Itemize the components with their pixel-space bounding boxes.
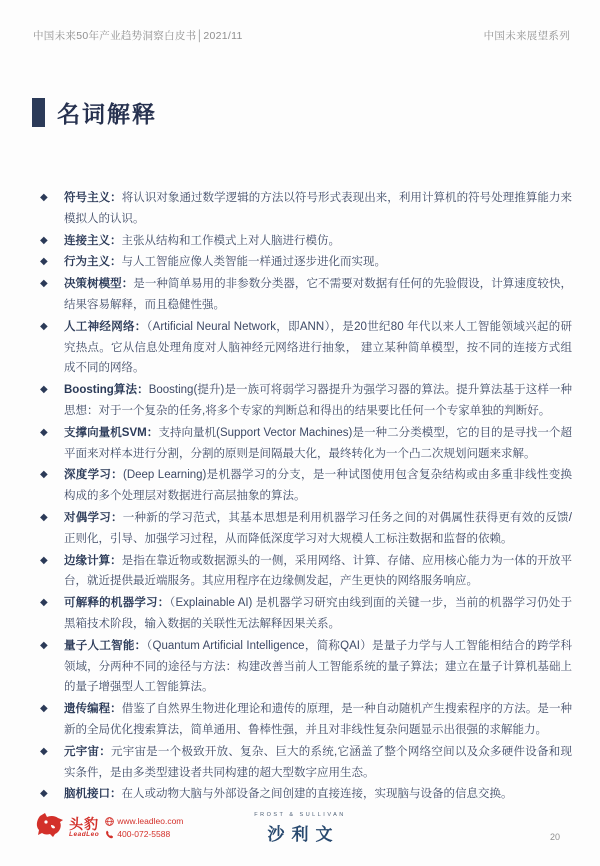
diamond-bullet-icon: ◆ (40, 188, 48, 209)
diamond-bullet-icon: ◆ (40, 593, 48, 614)
glossary-term: 边缘计算： (64, 555, 122, 567)
glossary-definition: 是一种简单易用的非参数分类器，它不需要对数据有任何的先验假设，计算速度较快，结果… (64, 278, 572, 311)
glossary-item: ◆可解释的机器学习：（Explainable AI) 是机器学习研究由线到面的关… (40, 593, 572, 635)
glossary-item: ◆边缘计算：是指在靠近物或数据源头的一侧，采用网络、计算、存储、应用核心能力为一… (40, 551, 572, 593)
glossary-item: ◆Boosting算法：Boosting(提升)是一族可将弱学习器提升为强学习器… (40, 380, 572, 422)
diamond-bullet-icon: ◆ (40, 380, 48, 401)
leadleo-contact: www.leadleo.com 400-072-5588 (105, 815, 183, 841)
glossary-item: ◆决策树模型：是一种简单易用的非参数分类器，它不需要对数据有任何的先验假设，计算… (40, 274, 572, 316)
glossary-definition: 与人工智能应像人类智能一样通过逐步进化而实现。 (122, 256, 387, 268)
glossary-definition: 在人或动物大脑与外部设备之间创建的直接连接，实现脑与设备的信息交换。 (122, 788, 513, 800)
glossary-term: 深度学习： (64, 469, 123, 481)
diamond-bullet-icon: ◆ (40, 465, 48, 486)
diamond-bullet-icon: ◆ (40, 636, 48, 657)
diamond-bullet-icon: ◆ (40, 699, 48, 720)
glossary-item: ◆深度学习：(Deep Learning)是机器学习的分支，是一种试图使用包含复… (40, 465, 572, 507)
page-header: 中国未来50年产业趋势洞察白皮书│2021/11 中国未来展望系列 (33, 28, 570, 43)
leopard-logo-icon (34, 812, 64, 843)
diamond-bullet-icon: ◆ (40, 551, 48, 572)
diamond-bullet-icon: ◆ (40, 742, 48, 763)
glossary-term: 遗传编程： (64, 703, 122, 715)
glossary-term: 人工神经网络： (64, 321, 147, 333)
diamond-bullet-icon: ◆ (40, 508, 48, 529)
document-page: 中国未来50年产业趋势洞察白皮书│2021/11 中国未来展望系列 名词解释 ◆… (0, 0, 600, 866)
header-left-title: 中国未来50年产业趋势洞察白皮书│2021/11 (33, 28, 243, 43)
glossary-term: 行为主义： (64, 256, 122, 268)
frost-sullivan-en-label: FROST & SULLIVAN (254, 812, 345, 818)
frost-sullivan-brand: FROST & SULLIVAN 沙利文 (254, 812, 345, 845)
glossary-term: 元宇宙： (64, 746, 111, 758)
glossary-term: 符号主义： (64, 192, 122, 204)
glossary-term: 支撑向量机SVM： (64, 427, 158, 439)
diamond-bullet-icon: ◆ (40, 252, 48, 273)
glossary-item: ◆对偶学习：一种新的学习范式，其基本思想是利用机器学习任务之间的对偶属性获得更有… (40, 508, 572, 550)
page-number: 20 (550, 832, 560, 842)
glossary-term: 连接主义： (64, 235, 122, 247)
glossary-term: 决策树模型： (64, 278, 133, 290)
glossary-term: Boosting算法： (64, 384, 149, 396)
header-right-title: 中国未来展望系列 (484, 28, 570, 43)
glossary-item: ◆行为主义：与人工智能应像人类智能一样通过逐步进化而实现。 (40, 252, 572, 273)
glossary-term: 量子人工智能： (64, 640, 146, 652)
glossary-definition: 主张从结构和工作模式上对人脑进行模仿。 (122, 235, 341, 247)
globe-icon (105, 817, 114, 826)
glossary-definition: 借鉴了自然界生物进化理论和遗传的原理，是一种自动随机产生搜索程序的方法。是一种新… (64, 703, 572, 736)
leadleo-en-label: LeadLeo (69, 831, 99, 838)
leadleo-wordmark: 头豹 LeadLeo (69, 817, 99, 838)
diamond-bullet-icon: ◆ (40, 274, 48, 295)
glossary-definition: 一种新的学习范式，其基本思想是利用机器学习任务之间的对偶属性获得更有效的反馈/正… (64, 512, 572, 545)
diamond-bullet-icon: ◆ (40, 317, 48, 338)
diamond-bullet-icon: ◆ (40, 231, 48, 252)
glossary-definition: 是指在靠近物或数据源头的一侧，采用网络、计算、存储、应用核心能力为一体的开放平台… (64, 555, 572, 588)
section-title-row: 名词解释 (32, 96, 157, 129)
page-footer: 头豹 LeadLeo www.leadleo.com 400-072-5588 … (0, 806, 600, 866)
glossary-item: ◆量子人工智能：（Quantum Artificial Intelligence… (40, 636, 572, 698)
glossary-item: ◆遗传编程：借鉴了自然界生物进化理论和遗传的原理，是一种自动随机产生搜索程序的方… (40, 699, 572, 741)
website-label: www.leadleo.com (117, 815, 183, 828)
glossary-item: ◆元宇宙：元宇宙是一个极致开放、复杂、巨大的系统,它涵盖了整个网络空间以及众多硬… (40, 742, 572, 784)
phone-label: 400-072-5588 (117, 828, 170, 841)
glossary-item: ◆人工神经网络：（Artificial Neural Network，即ANN）… (40, 317, 572, 379)
leadleo-zh-label: 头豹 (69, 817, 99, 831)
glossary-term: 可解释的机器学习： (64, 597, 169, 609)
page-title: 名词解释 (57, 96, 157, 129)
diamond-bullet-icon: ◆ (40, 784, 48, 805)
glossary-item: ◆支撑向量机SVM：支持向量机(Support Vector Machines)… (40, 423, 572, 465)
glossary-list: ◆符号主义：将认识对象通过数学逻辑的方法以符号形式表现出来，利用计算机的符号处理… (40, 188, 572, 806)
glossary-term: 脑机接口： (64, 788, 122, 800)
frost-sullivan-zh-label: 沙利文 (254, 820, 345, 845)
glossary-definition: (Deep Learning)是机器学习的分支，是一种试图使用包含复杂结构或由多… (64, 469, 572, 502)
glossary-item: ◆符号主义：将认识对象通过数学逻辑的方法以符号形式表现出来，利用计算机的符号处理… (40, 188, 572, 230)
diamond-bullet-icon: ◆ (40, 423, 48, 444)
glossary-definition: 元宇宙是一个极致开放、复杂、巨大的系统,它涵盖了整个网络空间以及众多硬件设备和现… (64, 746, 572, 779)
glossary-item: ◆脑机接口：在人或动物大脑与外部设备之间创建的直接连接，实现脑与设备的信息交换。 (40, 784, 572, 805)
glossary-term: 对偶学习： (64, 512, 123, 524)
phone-icon (105, 830, 114, 839)
glossary-item: ◆连接主义：主张从结构和工作模式上对人脑进行模仿。 (40, 231, 572, 252)
glossary-definition: 将认识对象通过数学逻辑的方法以符号形式表现出来，利用计算机的符号处理推算能力来模… (64, 192, 572, 225)
title-accent-block (32, 98, 45, 127)
leadleo-brand: 头豹 LeadLeo www.leadleo.com 400-072-5588 (34, 812, 183, 843)
